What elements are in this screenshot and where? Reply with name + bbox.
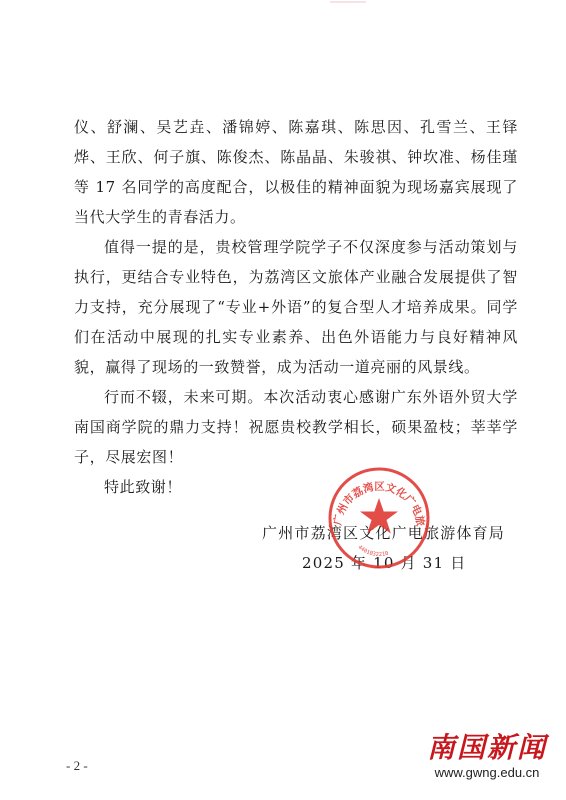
paragraph-management-school: 值得一提的是，贵校管理学院学子不仅深度参与活动策划与执行，更结合专业特色，为荔湾… [74, 232, 518, 382]
paragraph-thanks: 行而不辍，未来可期。本次活动衷心感谢广东外语外贸大学南国商学院的鼎力支持！祝愿贵… [74, 382, 518, 472]
paragraph-student-names: 仪、舒澜、吴艺垚、潘锦婷、陈嘉琪、陈思因、孔雪兰、王铎烨、王欣、何子旗、陈俊杰、… [74, 112, 518, 232]
top-stamp-remnant [330, 1, 366, 3]
page-number: - 2 - [66, 758, 88, 774]
watermark-logo: 南国新闻 www.gwng.edu.cn [412, 732, 562, 781]
watermark-url: www.gwng.edu.cn [412, 765, 562, 781]
paragraph-closing: 特此致谢！ [74, 472, 518, 502]
signature-block: 广州市荔湾区文化广电旅游体育局 2025 年 10 月 31 日 [262, 518, 522, 578]
letter-body: 仪、舒澜、吴艺垚、潘锦婷、陈嘉琪、陈思因、孔雪兰、王铎烨、王欣、何子旗、陈俊杰、… [74, 112, 518, 502]
document-page: 仪、舒澜、吴艺垚、潘锦婷、陈嘉琪、陈思因、孔雪兰、王铎烨、王欣、何子旗、陈俊杰、… [0, 0, 566, 800]
watermark-title: 南国新闻 [412, 732, 562, 764]
signature-organization: 广州市荔湾区文化广电旅游体育局 [262, 518, 522, 548]
signature-date: 2025 年 10 月 31 日 [262, 548, 522, 578]
